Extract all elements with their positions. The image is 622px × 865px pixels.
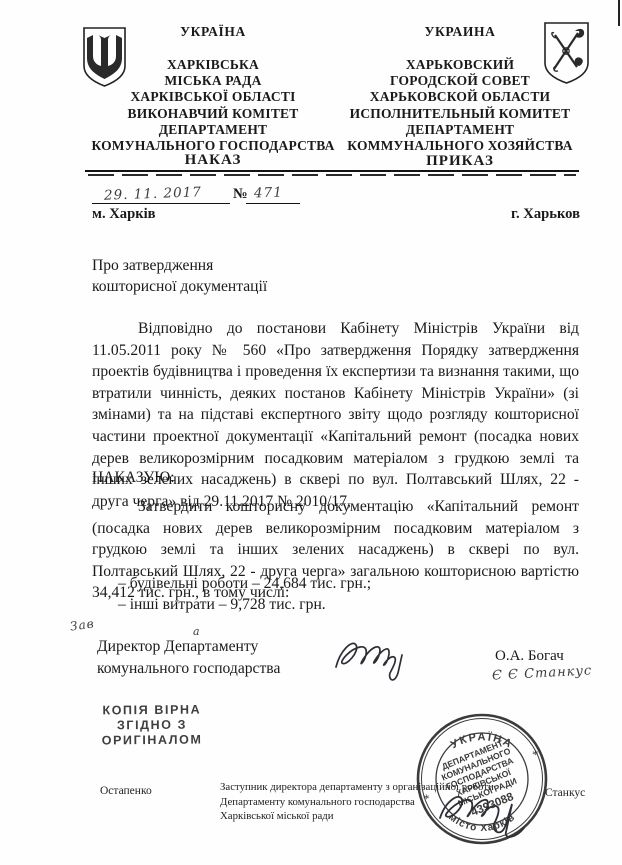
copy-stamp-line3: ОРИГІНАЛОМ: [93, 733, 211, 749]
handwritten-date: 29. 11. 2017: [104, 184, 202, 203]
scan-artifact-line: [618, 0, 620, 26]
list-item-construction: – будівельні роботи – 24,684 тис. грн.;: [118, 573, 371, 595]
org-line: ХАРКІВСЬКА: [85, 57, 341, 73]
seal-star-left: *: [423, 791, 430, 806]
copy-certification-stamp: КОПІЯ ВІРНА ЗГІДНО З ОРИГІНАЛОМ: [93, 702, 211, 749]
handwritten-number: 471: [254, 185, 283, 202]
country-name-ru: УКРАИНА: [340, 24, 580, 40]
handwritten-name-stankus: Є Є Станкус: [492, 663, 593, 683]
org-line: ГОРОДСКОЙ СОВЕТ: [336, 73, 584, 89]
scanned-order-document: УКРАЇНА УКРАИНА ХАРКІВСЬКА МІСЬКА РАДА Х…: [0, 0, 622, 865]
country-name-ua: УКРАЇНА: [85, 24, 341, 40]
copy-stamp-line1: КОПІЯ ВІРНА: [93, 702, 211, 718]
signer-name: О.А. Богач: [495, 648, 564, 665]
certifier-name-left: Остапенко: [100, 784, 152, 799]
org-line: МІСЬКА РАДА: [85, 73, 341, 89]
doc-type-prikaz: ПРИКАЗ: [336, 153, 584, 170]
org-line: ХАРЬКОВСКОЙ ОБЛАСТИ: [336, 89, 584, 105]
city-left: м. Харків: [92, 206, 156, 223]
org-line: ХАРКІВСЬКОЇ ОБЛАСТІ: [85, 89, 341, 105]
org-line: ВИКОНАВЧИЙ КОМІТЕТ: [85, 106, 341, 122]
order-word: НАКАЗУЮ:: [92, 467, 175, 489]
org-line: ДЕПАРТАМЕНТ: [85, 122, 341, 138]
org-name-left: ХАРКІВСЬКА МІСЬКА РАДА ХАРКІВСЬКОЇ ОБЛАС…: [85, 57, 341, 154]
certifier-signature: [432, 788, 542, 851]
subject-line2: кошторисної документації: [92, 277, 267, 298]
header-rule: [85, 170, 579, 172]
org-line: ХАРЬКОВСКИЙ: [336, 57, 584, 73]
handwritten-mark-left: Зав: [69, 616, 95, 633]
doc-type-nakaz: НАКАЗ: [85, 152, 341, 169]
number-underline: [246, 203, 300, 204]
signer-title: Директор Департаменту комунального госпо…: [97, 636, 357, 679]
list-item-other: – інші витрати – 9,728 тис. грн.: [118, 594, 326, 616]
subject-block: Про затвердження кошторисної документаці…: [92, 256, 267, 297]
org-name-right: ХАРЬКОВСКИЙ ГОРОДСКОЙ СОВЕТ ХАРЬКОВСКОЙ …: [336, 57, 584, 154]
date-underline: [92, 203, 230, 204]
city-right: г. Харьков: [498, 206, 580, 223]
header-rule-dashed: [88, 174, 576, 176]
org-line: ДЕПАРТАМЕНТ: [336, 122, 584, 138]
org-line: КОММУНАЛЬНОГО ХОЗЯЙСТВА: [336, 138, 584, 154]
copy-stamp-line2: ЗГІДНО З: [93, 718, 211, 734]
certifier-name-right: Станкус: [545, 786, 585, 801]
director-signature: [330, 633, 422, 700]
seal-star-right: *: [532, 747, 539, 762]
number-label: №: [233, 186, 248, 203]
signer-title-line2: комунального господарства: [97, 658, 357, 680]
subject-line1: Про затвердження: [92, 256, 267, 277]
org-line: ИСПОЛНИТЕЛЬНЫЙ КОМИТЕТ: [336, 106, 584, 122]
signer-title-line1: Директор Департаменту: [97, 636, 357, 658]
